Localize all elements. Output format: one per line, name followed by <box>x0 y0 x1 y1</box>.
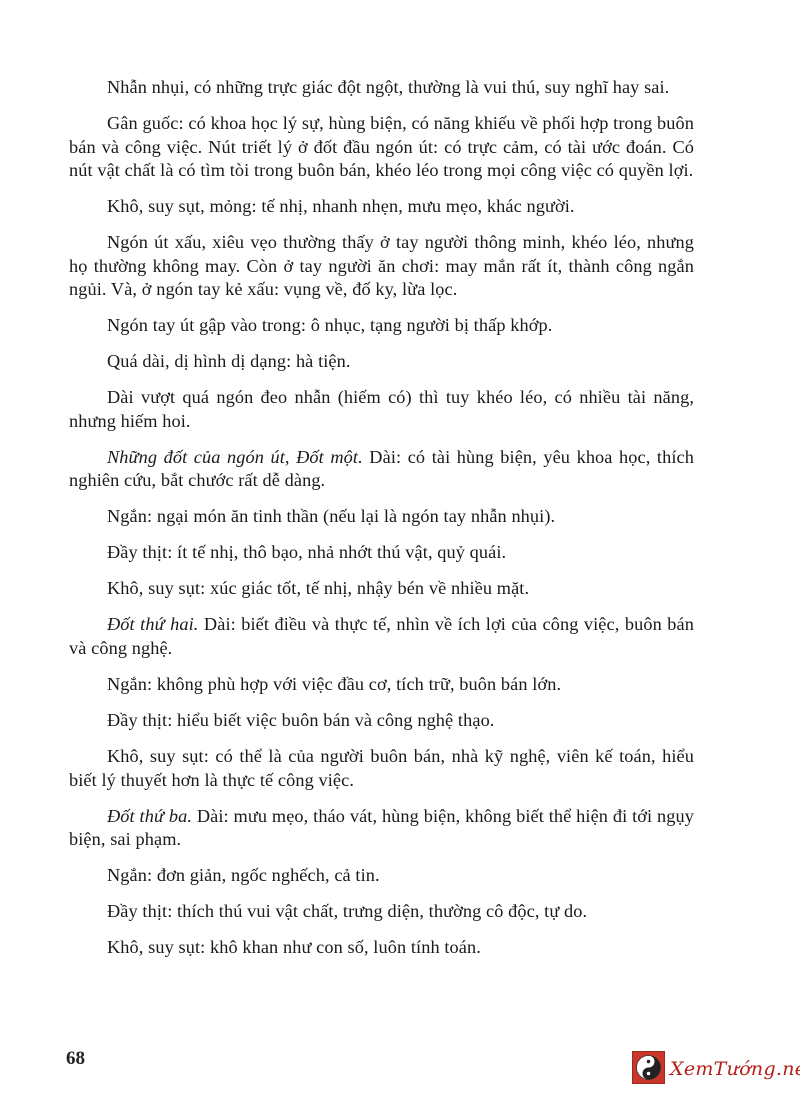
paragraph: Đầy thịt: thích thú vui vật chất, trưng … <box>69 900 694 924</box>
paragraph: Quá dài, dị hình dị dạng: hà tiện. <box>69 350 694 374</box>
section-heading-italic: Những đốt của ngón út, Đốt một. <box>107 447 363 467</box>
paragraph: Đầy thịt: ít tế nhị, thô bạo, nhả nhớt t… <box>69 541 694 565</box>
paragraph: Ngắn: đơn giản, ngốc nghếch, cả tin. <box>69 864 694 888</box>
paragraph: Ngón tay út gập vào trong: ô nhục, tạng … <box>69 314 694 338</box>
page-number: 68 <box>66 1048 85 1070</box>
section-heading-italic: Đốt thứ hai. <box>107 614 198 634</box>
paragraph-section-third-joint: Đốt thứ ba. Dài: mưu mẹo, tháo vát, hùng… <box>69 805 694 852</box>
paragraph: Ngón út xấu, xiêu vẹo thường thấy ở tay … <box>69 231 694 302</box>
paragraph: Ngắn: ngại món ăn tinh thần (nếu lại là … <box>69 505 694 529</box>
section-heading-italic: Đốt thứ ba. <box>107 806 192 826</box>
paragraph: Khô, suy sụt: khô khan như con số, luôn … <box>69 936 694 960</box>
paragraph: Khô, suy sụt: có thể là của người buôn b… <box>69 745 694 792</box>
paragraph: Dài vượt quá ngón đeo nhẫn (hiếm có) thì… <box>69 386 694 433</box>
paragraph-section-second-joint: Đốt thứ hai. Dài: biết điều và thực tế, … <box>69 613 694 660</box>
paragraph: Đầy thịt: hiểu biết việc buôn bán và côn… <box>69 709 694 733</box>
paragraph: Ngắn: không phù hợp với việc đầu cơ, tíc… <box>69 673 694 697</box>
paragraph: Gân guốc: có khoa học lý sự, hùng biện, … <box>69 112 694 183</box>
watermark-text: XemTướng.net <box>670 1058 800 1080</box>
paragraph-section-first-joint: Những đốt của ngón út, Đốt một. Dài: có … <box>69 446 694 493</box>
paragraph: Khô, suy sụt: xúc giác tốt, tế nhị, nhậy… <box>69 577 694 601</box>
paragraph: Khô, suy sụt, mỏng: tế nhị, nhanh nhẹn, … <box>69 195 694 219</box>
paragraph: Nhẫn nhụi, có những trực giác đột ngột, … <box>69 76 694 100</box>
page-body: Nhẫn nhụi, có những trực giác đột ngột, … <box>69 76 694 972</box>
site-watermark-logo: XemTướng.net <box>632 1049 800 1085</box>
yin-yang-icon <box>632 1051 665 1084</box>
